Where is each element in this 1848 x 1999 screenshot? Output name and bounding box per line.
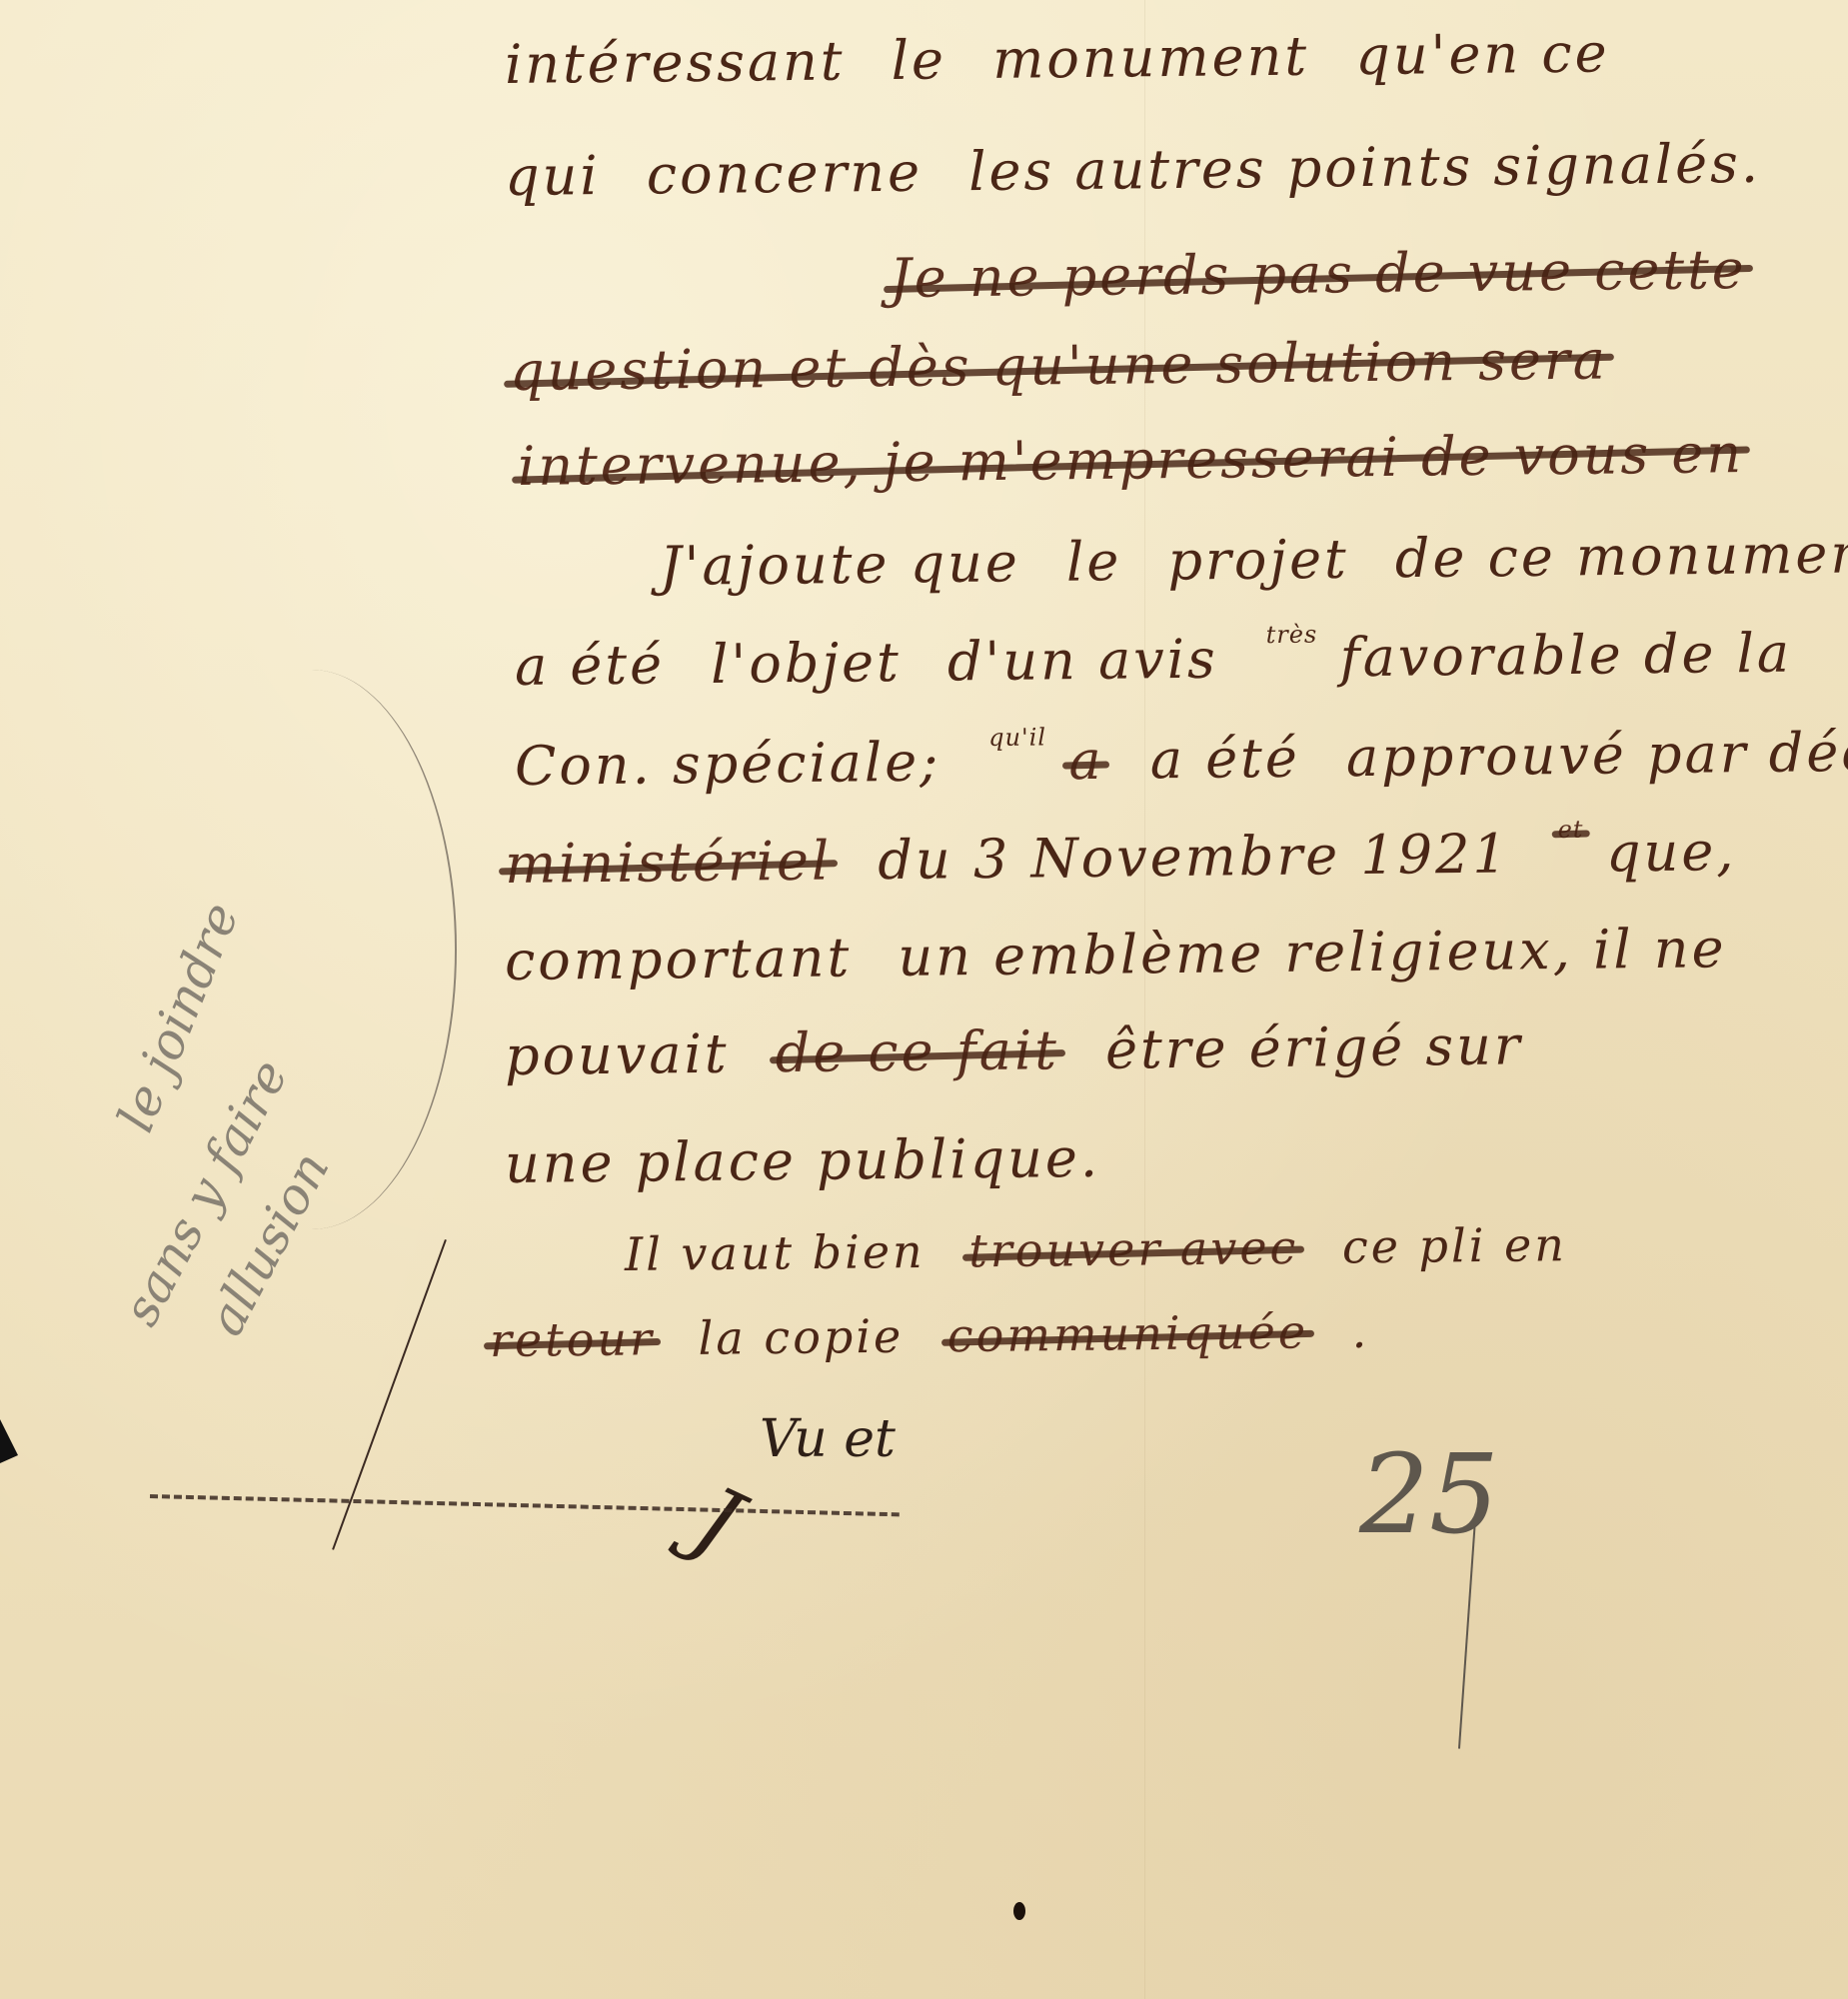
text-line-1: intéressant le monument qu'en ce bbox=[505, 26, 1636, 92]
document-page: intéressant le monument qu'en ce qui con… bbox=[0, 0, 1848, 1999]
word: d'un avis bbox=[947, 633, 1218, 690]
word: les autres points signalés. bbox=[968, 137, 1761, 199]
word: intéressant bbox=[505, 34, 846, 92]
dashed-rule bbox=[150, 1494, 900, 1516]
word: l'objet bbox=[711, 636, 902, 692]
ink-spot bbox=[1013, 1902, 1025, 1920]
struck-text: a bbox=[1068, 734, 1104, 788]
word: a été bbox=[1149, 732, 1300, 788]
text-line-12: une place publique. bbox=[505, 1130, 1127, 1191]
word: concerne bbox=[647, 146, 924, 203]
word: approuvé par décret bbox=[1346, 725, 1848, 785]
text-line-13: Il vaut bien trouver avec ce pli en bbox=[625, 1221, 1593, 1277]
word: ce pli en bbox=[1342, 1221, 1567, 1269]
word: favorable de la bbox=[1339, 627, 1792, 686]
word: le bbox=[1066, 535, 1122, 590]
word: le bbox=[891, 33, 946, 88]
word: être érigé sur bbox=[1105, 1018, 1523, 1076]
text-line-9: ministériel du 3 Novembre 1921 et que, bbox=[505, 825, 1763, 892]
word: pouvait bbox=[505, 1027, 730, 1083]
word: un emblème religieux, il ne bbox=[898, 922, 1727, 985]
word: qui bbox=[505, 149, 601, 204]
pencil-page-number: 25 bbox=[1359, 1439, 1499, 1549]
text-line-5-struck: intervenue, je m'empresserai de vous en bbox=[518, 427, 1771, 494]
word: projet bbox=[1167, 533, 1349, 589]
text-line-2: qui concerne les autres points signalés. bbox=[505, 137, 1788, 204]
word: de ce monument bbox=[1395, 527, 1848, 586]
paper-tear-mark bbox=[0, 1419, 18, 1463]
word: Con. spéciale; bbox=[515, 736, 941, 794]
struck-text: communiquée bbox=[947, 1308, 1309, 1358]
struck-text: et bbox=[1557, 816, 1583, 844]
struck-text: question et dès qu'une solution sera bbox=[510, 333, 1608, 399]
signature-initial: J bbox=[680, 1466, 757, 1576]
text-line-6: J'ajoute que le projet de ce monument bbox=[660, 527, 1848, 594]
word: que, bbox=[1606, 825, 1737, 880]
word: une place publique. bbox=[505, 1131, 1101, 1191]
superscript-insertion: qu'il bbox=[988, 723, 1046, 752]
word: du 3 Novembre 1921 bbox=[878, 827, 1510, 888]
text-line-11: pouvait de ce fait être érigé sur bbox=[505, 1018, 1549, 1083]
struck-text: Je ne perds pas de vue cette bbox=[890, 243, 1747, 306]
text-line-10: comportant un emblème religieux, il ne bbox=[505, 922, 1753, 989]
word: comportant bbox=[505, 931, 853, 989]
struck-text: ministériel bbox=[505, 835, 833, 892]
struck-text: intervenue, je m'empresserai de vous en bbox=[518, 427, 1745, 494]
superscript-insertion: très bbox=[1265, 621, 1317, 650]
struck-text: de ce fait bbox=[775, 1023, 1059, 1080]
word: . bbox=[1351, 1308, 1369, 1354]
text-line-8: Con. spéciale; qu'il a a été approuvé pa… bbox=[515, 725, 1848, 794]
text-line-3-struck: Je ne perds pas de vue cette bbox=[890, 243, 1773, 306]
word: J'ajoute que bbox=[660, 536, 1020, 594]
text-line-7: a été l'objet d'un avis très favorable d… bbox=[515, 626, 1819, 694]
word: Il vaut bien bbox=[625, 1228, 925, 1277]
word: la copie bbox=[698, 1313, 904, 1361]
text-line-14: retour la copie communiquée . bbox=[490, 1308, 1396, 1363]
approval-word: Vu et bbox=[760, 1409, 896, 1469]
struck-text: retour bbox=[490, 1315, 655, 1363]
word: monument bbox=[992, 30, 1309, 87]
word: qu'en ce bbox=[1355, 26, 1610, 83]
struck-text: trouver avec bbox=[968, 1224, 1298, 1273]
word: a été bbox=[515, 638, 666, 694]
text-line-4-struck: question et dès qu'une solution sera bbox=[510, 333, 1634, 399]
